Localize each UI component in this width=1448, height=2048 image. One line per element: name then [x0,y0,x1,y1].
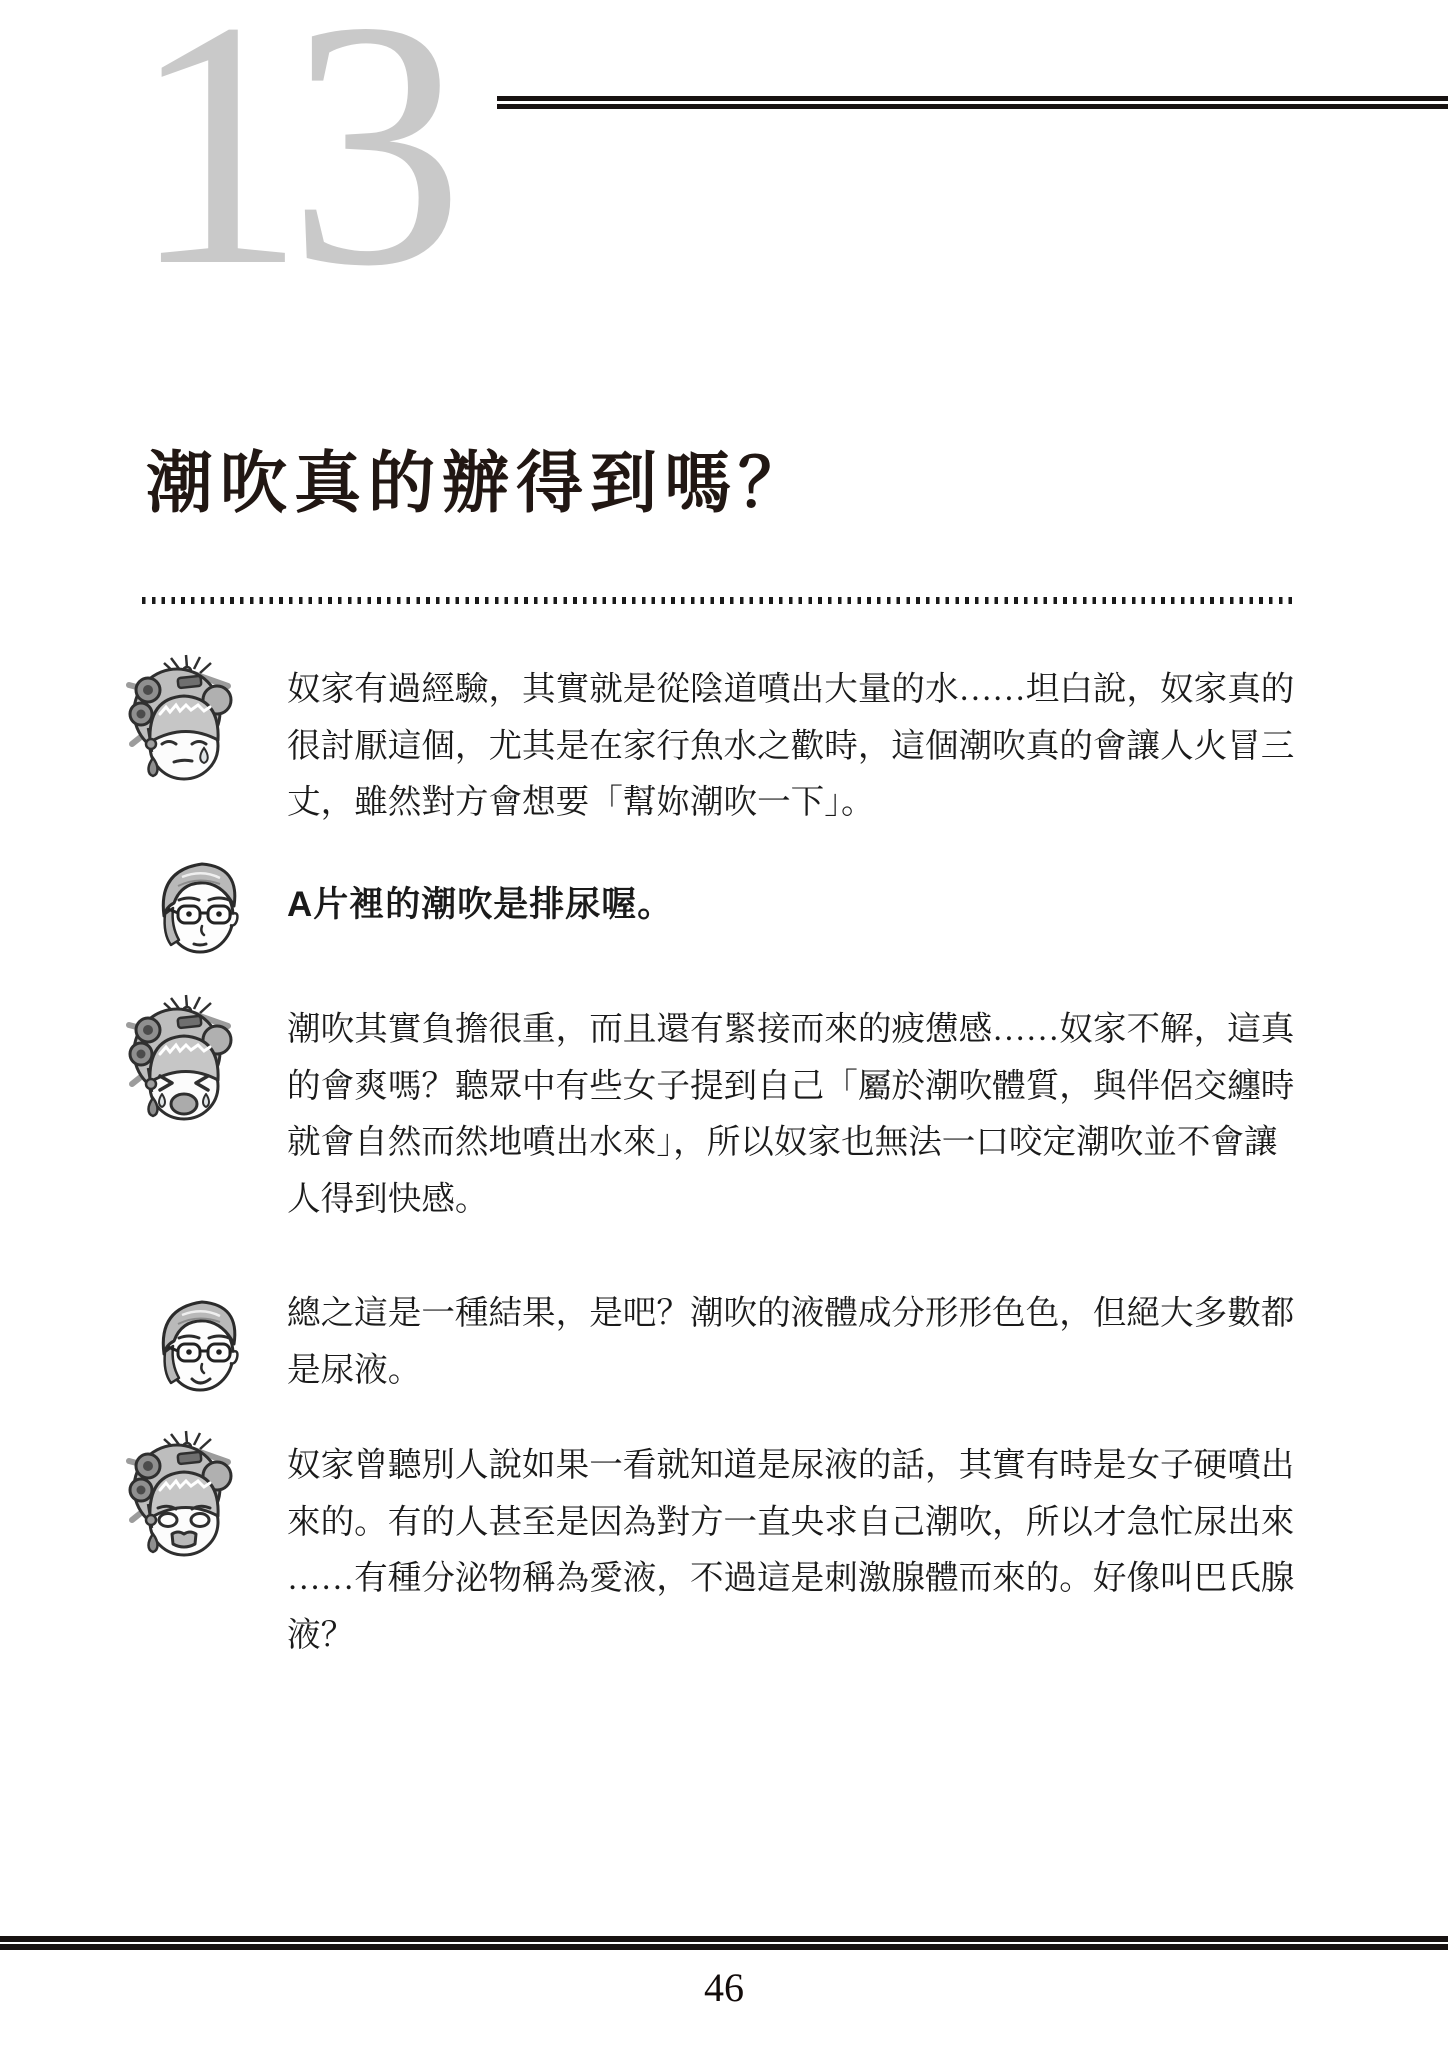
courtesan-woman-avatar-graphic [120,654,238,792]
woman-avatar-icon [118,1438,287,1573]
dialogue-text: 奴家曾聽別人說如果一看就知道是尿液的話，其實有時是女子硬噴出來的。有的人甚至是因… [287,1438,1297,1664]
page-number: 46 [0,1964,1448,2012]
dialogue-row: 奴家曾聽別人說如果一看就知道是尿液的話，其實有時是女子硬噴出來的。有的人甚至是因… [118,1438,1297,1664]
man-avatar-icon [118,848,287,977]
dialogue-text: 總之這是一種結果，是吧？潮吹的液體成分形形色色，但絕大多數都是尿液。 [287,1286,1297,1399]
dialogue-row: 總之這是一種結果，是吧？潮吹的液體成分形形色色，但絕大多數都是尿液。 [118,1286,1297,1415]
dialogue-text: A片裡的潮吹是排尿喔。 [287,848,1297,930]
bottom-double-rule [0,1936,1448,1950]
man-avatar-icon [118,1286,287,1415]
glasses-man-avatar-graphic [152,1288,244,1410]
courtesan-woman-avatar-graphic [120,1430,238,1568]
dialogue-text: 潮吹其實負擔很重，而且還有緊接而來的疲憊感……奴家不解，這真的會爽嗎？聽眾中有些… [287,1002,1297,1228]
woman-avatar-icon [118,1002,287,1137]
woman-avatar-icon [118,662,287,797]
dialogue-row: A片裡的潮吹是排尿喔。 [118,848,1297,977]
dialogue-list: 奴家有過經驗，其實就是從陰道噴出大量的水……坦白說，奴家真的很討厭這個，尤其是在… [0,0,1448,2048]
courtesan-woman-avatar-graphic [120,994,238,1132]
dialogue-row: 奴家有過經驗，其實就是從陰道噴出大量的水……坦白說，奴家真的很討厭這個，尤其是在… [118,662,1297,832]
dialogue-row: 潮吹其實負擔很重，而且還有緊接而來的疲憊感……奴家不解，這真的會爽嗎？聽眾中有些… [118,1002,1297,1228]
glasses-man-avatar-graphic [152,850,244,972]
dialogue-text: 奴家有過經驗，其實就是從陰道噴出大量的水……坦白說，奴家真的很討厭這個，尤其是在… [287,662,1297,832]
